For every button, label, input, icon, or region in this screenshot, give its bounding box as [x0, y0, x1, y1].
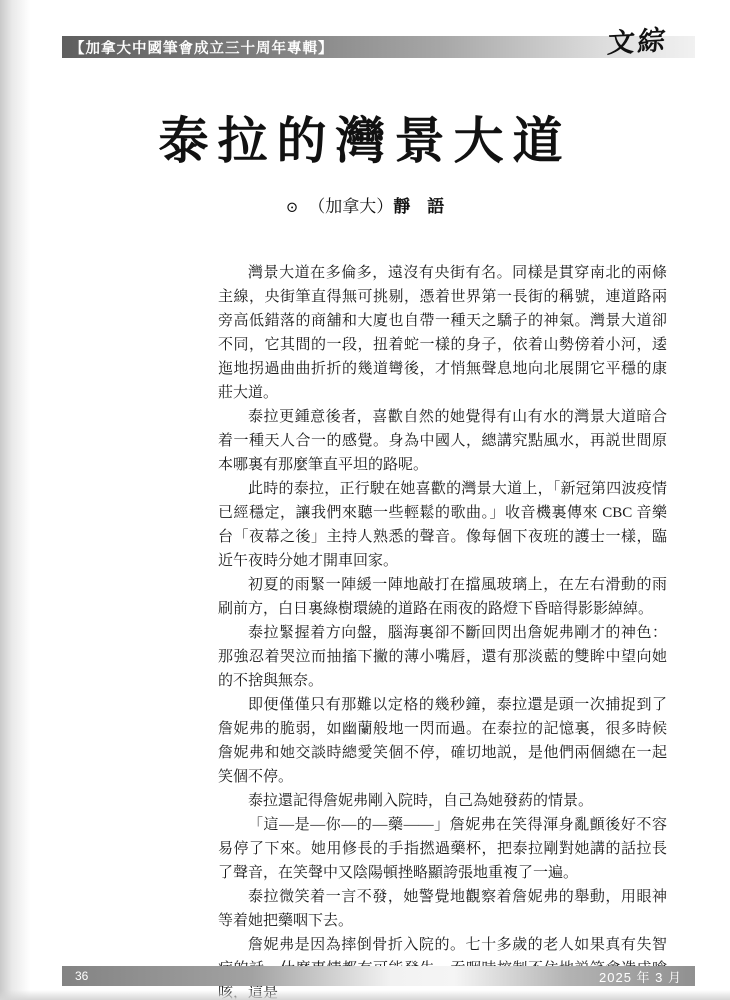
paragraph: 初夏的雨緊一陣緩一陣地敲打在擋風玻璃上，在左右滑動的雨刷前方，白日裏綠樹環繞的道…	[218, 573, 667, 621]
paragraph: 即便僅僅只有那難以定格的幾秒鐘，泰拉還是頭一次捕捉到了詹妮弗的脆弱，如幽蘭般地一…	[218, 693, 667, 789]
paragraph: 灣景大道在多倫多，遠沒有央街有名。同樣是貫穿南北的兩條主線，央街筆直得無可挑剔，…	[218, 261, 667, 405]
paragraph: 泰拉微笑着一言不發，她警覺地觀察着詹妮弗的舉動，用眼神等着她把藥咽下去。	[218, 885, 667, 933]
header-bar: 【加拿大中國筆會成立三十周年專輯】	[62, 36, 695, 58]
paragraph: 泰拉緊握着方向盤，腦海裏卻不斷回閃出詹妮弗剛才的神色：那強忍着哭泣而抽搐下撇的薄…	[218, 621, 667, 693]
footer-bar: 36 2025 年 3 月	[62, 966, 695, 986]
author-line: ⊙（加拿大）靜 語	[0, 192, 730, 217]
paragraph: 此時的泰拉，正行駛在她喜歡的灣景大道上，「新冠第四波疫情已經穩定，讓我們來聽一些…	[218, 477, 667, 573]
page-number: 36	[62, 969, 88, 983]
paragraph: 泰拉更鍾意後者，喜歡自然的她覺得有山有水的灣景大道暗合着一種天人合一的感覺。身為…	[218, 405, 667, 477]
issue-date: 2025 年 3 月	[599, 967, 695, 986]
magazine-page: 【加拿大中國筆會成立三十周年專輯】 文綜 泰拉的灣景大道 ⊙（加拿大）靜 語 灣…	[0, 0, 730, 1000]
journal-mark-calligraphy: 文綜	[606, 18, 670, 60]
paragraph: 泰拉還記得詹妮弗剛入院時，自己為她發葯的情景。	[218, 789, 667, 813]
paragraph: 「這—是—你—的—藥——」詹妮弗在笑得渾身亂顫後好不容易停了下來。她用修長的手指…	[218, 813, 667, 885]
author-bullet-icon: ⊙	[286, 200, 299, 216]
author-origin: （加拿大）	[308, 197, 393, 216]
article-body: 灣景大道在多倫多，遠沒有央街有名。同樣是貫穿南北的兩條主線，央街筆直得無可挑剔，…	[218, 261, 667, 1000]
author-name: 靜 語	[393, 197, 444, 216]
series-label: 【加拿大中國筆會成立三十周年專輯】	[62, 37, 334, 58]
